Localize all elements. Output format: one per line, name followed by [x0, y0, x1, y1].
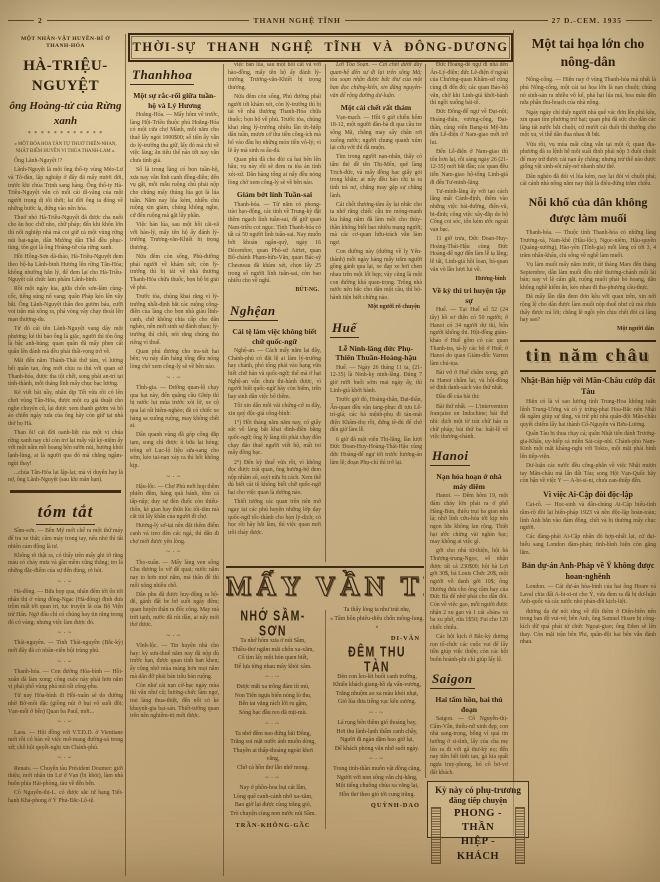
flourish-divider [330, 755, 424, 763]
article-title: HÀ-TRIỆU-NGUYỆT [8, 57, 123, 97]
poem-signature: TRẦN-KHÔNG-GẦC [226, 822, 320, 829]
flourish-divider [130, 548, 219, 557]
paragraph: Thanh-hóa. — Thuộc tỉnh Thanh-hóa có nhữ… [520, 230, 656, 261]
section-header-tomtat: tóm tắt [36, 501, 96, 525]
paragraph: Thanh-hóa. — Từ năm có phong-trào bạo-độ… [228, 202, 321, 286]
column-divider [325, 610, 326, 829]
paragraph: gởi cho nhà từ-thiện, hội bà Thượng-trun… [430, 548, 508, 632]
signature: Một người dân [520, 326, 654, 334]
flourish-divider [226, 774, 320, 782]
banner-headline: THỜI-SỰ THANH NGHỆ TĨNH VÀ ĐÔNG-DƯƠNG [133, 40, 509, 55]
ad-ornament-bar [515, 807, 525, 864]
paragraph: Được mắt xa trông đám tít mù, Non Tiên n… [226, 683, 320, 717]
header-rule [47, 20, 250, 21]
paragraph: Tìm trong người nạn-nhân, thấy có tấm th… [330, 154, 422, 200]
header-rule [8, 20, 34, 21]
paragraph: Than ôi! cái đời oanh-liệt của một vị ch… [8, 430, 123, 468]
column-divider [425, 64, 426, 778]
masthead-title: THANH NGHỆ TĨNH [253, 16, 340, 25]
signature: Hương-bình [430, 276, 506, 284]
page-header: 2 THANH NGHỆ TĨNH 27 D.-CEM. 1935 [8, 16, 652, 25]
paragraph: Laos. — Hội đồng với V.T.Đ.D. ở Vientian… [8, 730, 123, 753]
paragraph: Quân Tàu bị thua chạy cả; quân Nhật tiến… [520, 431, 656, 462]
poem-signature: DI-VÂN [330, 635, 420, 642]
paragraph: Nay ở phồn-hoa bụi cát lầm, Lòng quê can… [226, 784, 320, 818]
section-rule [226, 566, 424, 568]
paragraph: đương dạ dự nói rằng về đội thêm ở Điện-… [520, 609, 656, 647]
paragraph: Sầm-sơn. — Bên Mỹ mới chế ra một thứ máy… [8, 528, 123, 551]
column-divider [125, 34, 126, 876]
article-body: Thanh-hóa. — Thuộc tỉnh Thanh-hóa có nhữ… [520, 230, 656, 325]
flourish-divider [226, 720, 320, 728]
serial-title-line: HIỆP - KHÁCH [444, 835, 512, 863]
paragraph: Ta nhớ hôm xưa ở núi Sầm, Thiều-thơ ngắm… [226, 637, 320, 671]
section-header-thanhhoa: Thanhhoa [130, 66, 194, 85]
paragraph: Cai-rô. — Học-sinh và dân-chúng Ai-Cập b… [520, 502, 656, 533]
paragraph: Thiết tưởng các quan trên nên mở ngay tạ… [228, 499, 321, 537]
editor-note: Lời Tòa Soạn. — Cái chết dưới đây quan-h… [330, 62, 422, 100]
poem-signature: QUỲNH-DAO [330, 802, 420, 809]
paragraph: Vừa rồi, vụ mùa mất cũng vẫn tại một ổ; … [520, 142, 656, 173]
flourish-divider [8, 754, 123, 763]
headline: Một tai họa lớn cho nông-dân [520, 35, 656, 71]
subhead: Một sự rắc-rối giữa tuần-hộ và Lý Hương [130, 91, 219, 110]
subhead: Về kỳ thi tri huyện tập sự [430, 286, 508, 305]
article-body: Vạn-mạch. — Hồi 6 giờ chiều hôm 18-12, m… [330, 115, 422, 303]
article-body: Huế. — Ngày 26 tháng 11 ta, (21-12-35) l… [330, 365, 422, 467]
paragraph: Vĩnh-lộc. — Tin huyện nhà cho hay: kỳ sư… [130, 643, 219, 681]
ad-text: đăng tiếp chuyện [431, 796, 525, 805]
star-divider: * * * * * * * * * * * * [8, 131, 123, 139]
epigraph-line: « MỘT ĐÓA HOA TÀN TỰ THUỞ THIÊN-NHAN, [8, 142, 123, 148]
flourish-divider [130, 632, 219, 641]
poem-title: ĐÊM THU TÀN [334, 645, 420, 675]
paragraph: Đến Lễ-điện ở Nam-giao thì tốn hơn lại, … [430, 149, 508, 187]
column-divider [325, 64, 326, 562]
column-divider [223, 64, 224, 876]
serial-announcement-box: Kỳ này có phụ-trương đăng tiếp chuyện PH… [427, 781, 529, 838]
article-body: Đức Hoàng-đế ngự đi nhà đến Án-Lý-điện; … [430, 62, 508, 274]
ad-ornament-bar [431, 807, 441, 864]
right-column: Một tai họa lớn cho nông-dân Nông-cống. … [520, 33, 656, 839]
paragraph: Bài vở ở Huế chấm xong, gửi ra Hanoi chấ… [430, 370, 508, 393]
subhead: Giảm bớt lính Tuần-sai [228, 190, 321, 199]
article-body: Thanh-hóa. — Từ năm có phong-trào bạo-độ… [228, 202, 321, 286]
paragraph: Rồi một ngày kia, giữa chốn sơn-lâm cùng… [8, 286, 123, 324]
flourish-divider [8, 629, 123, 638]
paragraph: 6 giờ đã mặt viên Thị-lăng, lần lượt Đức… [330, 437, 422, 468]
paragraph: Huế. — Ngày 26 tháng 11 ta, (21-12-35) l… [330, 365, 422, 396]
epigraph-line: NHẤT ĐIỂM HUYỀN VI THỦA THANH-LAM ». [8, 149, 123, 155]
subhead: Một cái chết rất thảm [330, 103, 422, 112]
section-header-hue: Huế [330, 319, 359, 338]
paragraph: Thái-nguyên. — Tỉnh Thái-nguyên (Bắc-kỳ)… [8, 640, 123, 655]
paragraph: Vạn-mạch. — Hồi 6 giờ chiều hôm 18-12, m… [330, 115, 422, 153]
paragraph: Đã mấy lần dân đem đơn kêu với quan trên… [520, 294, 656, 325]
paragraph: Vụ làm muối mấy năm trước, từ tháng Mars… [520, 262, 656, 293]
paragraph: Con đường này (đường về lỵ Yên-thành) mỗ… [330, 249, 422, 302]
paragraph: Nửa đêm còn sống, Phủ đường phái người t… [228, 94, 321, 155]
paragraph: 11 giờ trưa, Đức Đoan-Huy-Hoàng-Thái-Hậu… [430, 236, 508, 274]
flourish-divider [8, 658, 123, 667]
paragraph: Hoằng-Hóa. — Mấy hôm về trước, làng Hội-… [130, 112, 219, 165]
paragraph: Tôi xin dẫn mỗi vài chứng-cớ ra đây, xin… [228, 403, 321, 418]
paragraph: Thuở nhỏ Hà-Triều-Nguyệt đã được cha nuô… [8, 215, 123, 253]
paragraph: Saigon. — Cô Nguyễn-thị-Cẩm-Vân, thiếu-n… [430, 716, 508, 777]
header-rule [626, 20, 652, 21]
paragraph: Nghệ-an. — Cách mấy năm lại đây, Chánh-p… [228, 348, 321, 401]
paragraph: Cái chết thương-tâm ấy lại nhắc cho ta n… [330, 202, 422, 248]
poetry-section: MẤY VẦN THƠ NHỚ SẦM-SƠN Ta nhớ hôm xưa ở… [226, 564, 424, 877]
article-body: Ông Lãnh-Nguyệt !?Lãnh-Nguyệt là một ông… [8, 158, 123, 485]
paragraph: Nửa đêm còn sống, Phủ-đường phái người v… [130, 254, 219, 292]
paragraph: Thọ-xuân. — Mấy làng ven sông Chu đương … [130, 560, 219, 591]
article-subtitle: ông Hoàng-tử của Rừng xanh [8, 99, 123, 128]
paragraph: Hiện có là vì sao lương tỉnh Trung-Hoa k… [520, 399, 656, 430]
flourish-divider [130, 374, 219, 383]
article-body: Hiện có là vì sao lương tỉnh Trung-Hoa k… [520, 399, 656, 486]
flourish-divider [8, 578, 123, 587]
paragraph: Không rõ thật ra, có thấy trên mấy ghi t… [8, 553, 123, 576]
paragraph: Renais. — Chuyện tàu Président Doumer: g… [8, 766, 123, 789]
banner-headline-box: THỜI-SỰ THANH NGHỆ TĨNH VÀ ĐÔNG-DƯƠNG [128, 33, 513, 62]
paragraph: Trong tinh-thần muôn vật đồng căng, Ngườ… [330, 765, 424, 799]
paragraph: Việc bán lúa, sau một hồi cãi-vã với hào… [130, 222, 219, 253]
paragraph: Hà-đông. — Bữa họp qua, nhân đêm tới ổn … [8, 589, 123, 627]
paragraph: Kẻ viết bài nầy, nhân dịp Tết vừa rồi có… [8, 390, 123, 428]
section-header-hanoi: Hanoi [430, 447, 470, 466]
paragraph: Từ nay Hòa-bình đi Hồi-xuân sẽ do đường … [8, 693, 123, 716]
paragraph: London. — Cái dự-án hòa-bình của hai ông… [520, 584, 656, 607]
serial-title-line: PHONG - THẦN [444, 807, 512, 835]
article-body: Cai-rô. — Học-sinh và dân-chúng Ai-Cập b… [520, 502, 656, 557]
column-c: Lời Tòa Soạn. — Cái chết dưới đây quan-h… [330, 62, 422, 562]
poem-stanzas: Ta nhớ hôm xưa ở núi Sầm, Thiều-thơ ngắm… [226, 637, 320, 819]
paragraph: Hồi Hồng-Sơn dã-thảo, Hà-Triều-Nguyệt đe… [8, 254, 123, 285]
subhead: Lễ Ninh-lăng đức Phụ-Thiên Thuần-Hoàng-h… [330, 344, 422, 363]
subhead: Nạn hỏa hoạn ở nhà máy diêm [430, 472, 508, 491]
paragraph: Cô Nguyễn-thị-L. có được sắc tứ hạng Tiế… [8, 790, 123, 805]
left-feature-column: MỘT NHÂN-VẬT HUYỀN-BÍ Ở THANH-HÓA HÀ-TRI… [8, 34, 123, 876]
paragraph: Dân phu đã được huy-động ra hộ-đê, gánh … [130, 592, 219, 630]
article-body: Nông-cống. — Hiện nay ở vùng Thanh-hóa m… [520, 77, 656, 188]
article-body: Huế. — Tại Huế số 52 (24 tây) hồ sơ điện… [430, 307, 508, 441]
paragraph: Hương-lý sở-tại nên đặt thêm điếm canh v… [130, 523, 219, 546]
poem-dem-thu-tan: Ta thấy lòng ta như trút nhẹ, « Tâm hồn … [330, 606, 424, 829]
paragraph: Thanh-hóa. — Con đường Hòa-bình — Hồi-xu… [8, 669, 123, 692]
paragraph: Trước tòa, chúng khai rằng vì lý-trưởng … [130, 294, 219, 347]
paragraph: Các hội kịch ở Bắc-kỳ đương rọn tổ-chức … [430, 634, 508, 665]
newspaper-page: 2 THANH NGHỆ TĨNH 27 D.-CEM. 1935 THỜI-S… [0, 0, 660, 882]
issue-date: 27 D.-CEM. 1935 [552, 16, 622, 25]
paragraph: Tư-minh-lăng ấy với tạo cách lăng mất Cả… [430, 189, 508, 235]
article-body: Saigon. — Cô Nguyễn-thị-Cẩm-Vân, thiếu-n… [430, 716, 508, 778]
paragraph: Đức Đông-đế ngự về Đại-nội; Hoàng-thân, … [430, 109, 508, 147]
section-rule [520, 340, 656, 343]
paragraph: Quan phủ đương cho tra-xét hai bên; vụ n… [130, 349, 219, 372]
poem-stanzas: Đèn con leo-lét buổi canh trường, Khiến … [330, 673, 424, 800]
article-body: Hoằng-Hóa. — Mấy hôm về trước, làng Hội-… [130, 112, 219, 721]
ad-text: Kỳ này có phụ-trương [431, 785, 525, 795]
paragraph: Đức Hoàng-đế ngự đi nhà đến Án-Lý-điện; … [430, 62, 508, 108]
paragraph: Dân quanh vùng đã góp công đắp tạm, song… [130, 432, 219, 470]
paragraph: Hậu-lộc. — Chợ Phủ mới họp thêm phiên đê… [130, 484, 219, 522]
flourish-divider [226, 673, 320, 681]
section-header-nghean: Nghệan [228, 302, 278, 321]
paragraph: Mãi đến năm Thành-Thái thứ tám, vì lương… [8, 358, 123, 389]
poem-nho-sam-son: NHỚ SẦM-SƠN Ta nhớ hôm xưa ở núi Sầm, Th… [226, 606, 320, 829]
paragraph: Ta nhớ đêm nao đứng bãi Đông, Trăng soi … [226, 730, 320, 773]
article-body: Nghệ-an. — Cách mấy năm lại đây, Chánh-p… [228, 348, 321, 537]
paragraph: Từ đó cái tên Lãnh-Nguyệt vang dậy một p… [8, 326, 123, 357]
paragraph: Số là trong làng có bọn tuần-hộ, xưa nay… [130, 167, 219, 220]
page-number: 2 [38, 16, 43, 25]
paragraph: Lãnh-Nguyệt là một ông thổ-ty vùng Mèo-L… [8, 167, 123, 213]
paragraph: Đầu đề của bài thi: [430, 394, 508, 402]
paragraph: Trước giờ đó, Hoàng-thân, Đại-thần, Ấn-q… [330, 397, 422, 435]
paragraph: Còn như cái nạn cờ-bạc ngày mùa thì vẫn … [130, 683, 219, 721]
paragraph: Lá rụng bên thềm gió thoảng bay, Hơi thu… [330, 719, 424, 753]
article-body: Hanoi. — Đêm hôm 19, một đám cháy lớn ph… [430, 493, 508, 664]
article-kicker: MỘT NHÂN-VẬT HUYỀN-BÍ Ở THANH-HÓA [8, 36, 123, 51]
column-thanhhoa: Thanhhoa Một sự rắc-rối giữa tuần-hộ và … [130, 62, 219, 876]
poetry-section-title: MẤY VẦN THƠ [226, 571, 424, 602]
headline: Nỗi khổ của dân không được làm muối [520, 195, 656, 226]
paragraph: Quan phủ đã cho đòi cả hai bên lên hầu; … [228, 157, 321, 188]
paragraph: Bài thứ nhất. — L'intervention française… [430, 404, 508, 442]
subhead: Cái tệ làm việc không biết chữ quốc-ngữ [228, 327, 321, 346]
subhead: Nhật-Bản hiệp với Mãn-Châu cướp đất Tàu [520, 376, 656, 397]
paragraph: Hanoi. — Đêm hôm 19, một đám cháy lớn ph… [430, 493, 508, 546]
paragraph: 2°) Đến kỳ thuế vừa rồi, vì không đọc đư… [228, 460, 321, 498]
paragraph: Ông Lãnh-Nguyệt !? [8, 158, 123, 166]
subhead: Hai tấm hồn, hai thủ đoạn [430, 695, 508, 714]
signature: BÚT-NG. [228, 287, 319, 295]
column-b: việc bán lúa, sau một hồi cãi vã với hào… [228, 62, 321, 562]
flourish-divider [8, 718, 123, 727]
paragraph: Nông-cống. — Hiện nay ở vùng Thanh-hóa m… [520, 77, 656, 108]
signature: Một người rõ chuyện [330, 304, 420, 312]
article-body: việc bán lúa, sau một hồi cãi vã với hào… [228, 62, 321, 187]
paragraph: ...chúa Tân-Hóa lại lập-lại; mà vì duyên… [8, 470, 123, 485]
poem-title: NHỚ SẦM-SƠN [230, 609, 316, 639]
paragraph: Ngày ngày chỉ thấy người nhà quê vác đơn… [520, 110, 656, 141]
section-header-world-news: tin năm châu [520, 344, 656, 372]
flourish-divider [330, 709, 424, 717]
paragraph: việc bán lúa, sau một hồi cãi vã với hào… [228, 62, 321, 93]
paragraph: Dân nghèo đã đói vì lúa kém, nay lại đói… [520, 174, 656, 189]
subhead: Bản dự-án Anh-Pháp về Ý không được hoan-… [520, 561, 656, 582]
section-rule [10, 490, 121, 493]
column-d: Đức Hoàng-đế ngự đi nhà đến Án-Lý-điện; … [430, 62, 508, 778]
tomtat-items: Sầm-sơn. — Bên Mỹ mới chế ra một thứ máy… [8, 528, 123, 805]
poem-carry-lines: Ta thấy lòng ta như trút nhẹ, « Tâm hồn … [330, 606, 424, 632]
paragraph: Huế. — Tại Huế số 52 (24 tây) hồ sơ điện… [430, 307, 508, 368]
paragraph: Tĩnh-gia. — Đường quan-lộ chạy qua hạt n… [130, 385, 219, 431]
paragraph: Các đảng-phái Ai-Cập nhân đó hợp-nhất lạ… [520, 534, 656, 557]
subhead: Vì việc Ai-Cập đòi độc-lập [520, 490, 656, 500]
paragraph: Dư-luận các nước đều công-phẫn về việc N… [520, 463, 656, 486]
paragraph: Đèn con leo-lét buổi canh trường, Khiến … [330, 673, 424, 707]
header-rule [345, 20, 548, 21]
flourish-divider [130, 473, 219, 482]
article-body: London. — Cái dự-án hòa-bình của hai ông… [520, 584, 656, 647]
column-divider [513, 30, 514, 836]
section-header-saigon: Saigon [430, 670, 475, 689]
paragraph: 1°) Hồi tháng năm năm nay, có giấy sức v… [228, 420, 321, 458]
